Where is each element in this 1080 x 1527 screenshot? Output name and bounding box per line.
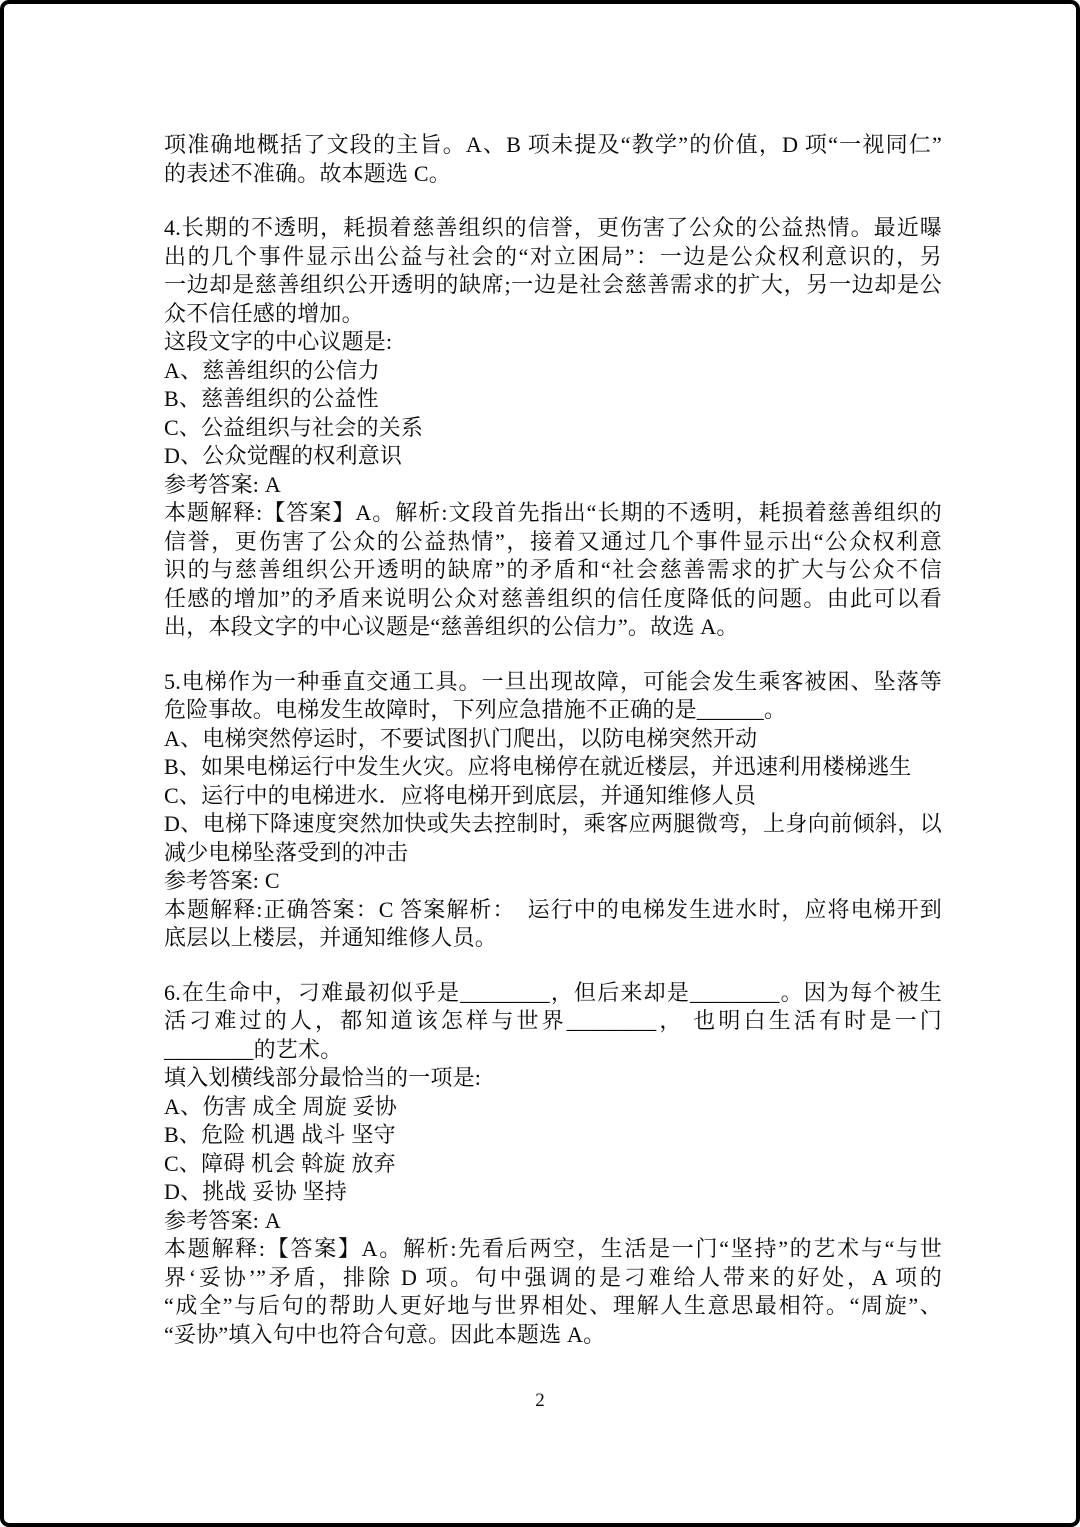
continuation-line: 的表述不准确。故本题选 C。 [164,160,942,189]
question-stem-line: 出的几个事件显示出公益与社会的“对立困局”：一边是公众权利意识的，另 [164,243,942,272]
option-B-line: B、危险 机遇 战斗 坚守 [164,1121,942,1150]
option-D-line: 减少电梯坠落受到的冲击 [164,839,942,868]
option-D-line: D、电梯下降速度突然加快或失去控制时，乘客应两腿微弯，上身向前倾斜，以 [164,810,942,839]
explanation-line: “妥协”填入句中也符合句意。因此本题选 A。 [164,1321,942,1350]
option-C-line: C、公益组织与社会的关系 [164,414,942,443]
answer-line: 参考答案: A [164,1207,942,1236]
question-stem-line: 6.在生命中，刁难最初似乎是________，但后来却是________。因为每… [164,979,942,1008]
option-C-line: C、障碍 机会 斡旋 放弃 [164,1150,942,1179]
question-stem-line: 4.长期的不透明，耗损着慈善组织的信誉，更伤害了公众的公益热情。最近曝 [164,214,942,243]
question-stem-line: 活刁难过的人，都知道该怎样与世界________， 也明白生活有时是一门 [164,1007,942,1036]
explanation-line: 本题解释:【答案】A。解析:先看后两空，生活是一门“坚持”的艺术与“与世 [164,1235,942,1264]
answer-line: 参考答案: C [164,867,942,896]
question-stem-line: 一边却是慈善组织公开透明的缺席;一边是社会慈善需求的扩大，另一边却是公 [164,271,942,300]
explanation-line: 识的与慈善组织公开透明的缺席”的矛盾和“社会慈善需求的扩大与公众不信 [164,556,942,585]
explanation-line: 出，本段文字的中心议题是“慈善组织的公信力”。故选 A。 [164,613,942,642]
question-stem-line: 众不信任感的增加。 [164,300,942,329]
option-A-line: A、慈善组织的公信力 [164,357,942,386]
explanation-line: 信誉，更伤害了公众的公益热情”，接着又通过几个事件显示出“公众权利意 [164,528,942,557]
explanation-line: 任感的增加”的矛盾来说明公众对慈善组织的信任度降低的问题。由此可以看 [164,585,942,614]
question-4: 4.长期的不透明，耗损着慈善组织的信誉，更伤害了公众的公益热情。最近曝出的几个事… [164,214,942,642]
explanation-line: 本题解释:【答案】A。解析:文段首先指出“长期的不透明，耗损着慈善组织的 [164,499,942,528]
continuation-paragraph: 项准确地概括了文段的主旨。A、B 项未提及“教学”的价值，D 项“一视同仁”的表… [164,131,942,188]
question-stem-line: ________的艺术。 [164,1036,942,1065]
option-B-line: B、慈善组织的公益性 [164,385,942,414]
question-6: 6.在生命中，刁难最初似乎是________，但后来却是________。因为每… [164,979,942,1350]
option-C-line: C、运行中的电梯进水．应将电梯开到底层，并通知维修人员 [164,782,942,811]
option-D-line: D、挑战 妥协 坚持 [164,1178,942,1207]
explanation-line: 界‘妥协’”矛盾，排除 D 项。句中强调的是刁难给人带来的好处，A 项的 [164,1264,942,1293]
document-content: 项准确地概括了文段的主旨。A、B 项未提及“教学”的价值，D 项“一视同仁”的表… [164,131,942,1349]
option-B-line: B、如果电梯运行中发生火灾。应将电梯停在就近楼层，并迅速利用楼梯逃生 [164,753,942,782]
answer-line: 参考答案: A [164,471,942,500]
option-A-line: A、伤害 成全 周旋 妥协 [164,1093,942,1122]
question-prompt-line: 填入划横线部分最恰当的一项是: [164,1064,942,1093]
question-prompt-line: 这段文字的中心议题是: [164,328,942,357]
document-page: 项准确地概括了文段的主旨。A、B 项未提及“教学”的价值，D 项“一视同仁”的表… [0,0,1080,1527]
explanation-line: “成全”与后句的帮助人更好地与世界相处、理解人生意思最相符。“周旋”、 [164,1292,942,1321]
question-stem-line: 5.电梯作为一种垂直交通工具。一旦出现故障，可能会发生乘客被困、坠落等 [164,668,942,697]
question-stem-line: 危险事故。电梯发生故障时，下列应急措施不正确的是______。 [164,696,942,725]
continuation-line: 项准确地概括了文段的主旨。A、B 项未提及“教学”的价值，D 项“一视同仁” [164,131,942,160]
question-5: 5.电梯作为一种垂直交通工具。一旦出现故障，可能会发生乘客被困、坠落等危险事故。… [164,668,942,953]
option-D-line: D、公众觉醒的权利意识 [164,442,942,471]
explanation-line: 本题解释:正确答案：C 答案解析： 运行中的电梯发生进水时，应将电梯开到 [164,896,942,925]
page-number: 2 [0,1390,1080,1412]
option-A-line: A、电梯突然停运时，不要试图扒门爬出，以防电梯突然开动 [164,725,942,754]
explanation-line: 底层以上楼层，并通知维修人员。 [164,924,942,953]
